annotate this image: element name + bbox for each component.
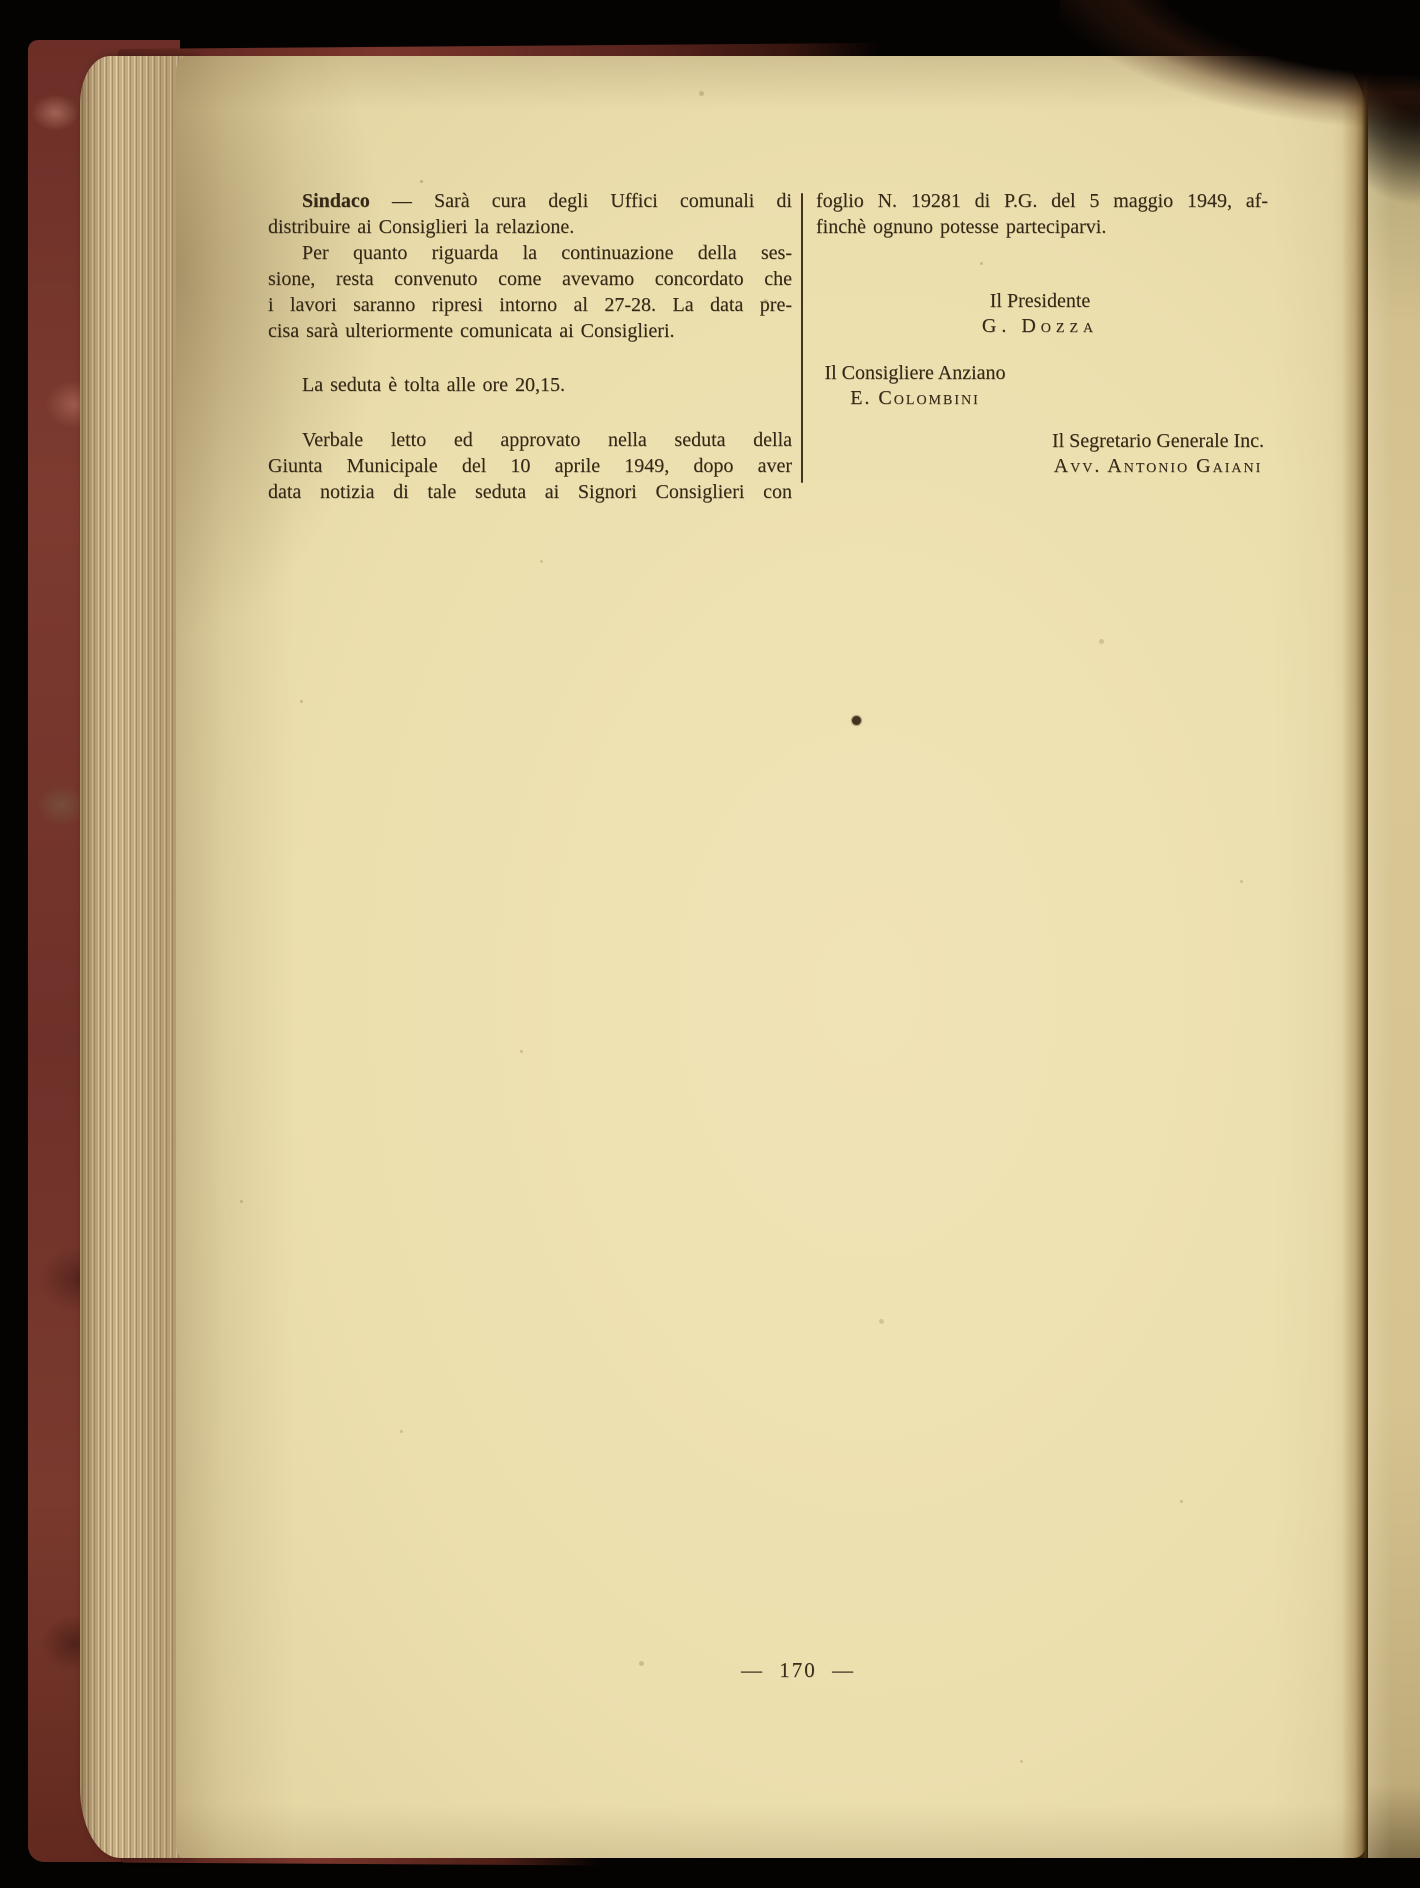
signature-title: Il Consigliere Anziano xyxy=(775,361,1055,386)
text-line: Verbale letto ed approvato nella seduta … xyxy=(268,427,792,453)
signature-president: Il Presidente G. Dozza xyxy=(905,289,1175,339)
printed-text: Sindaco — Sarà cura degli Uffici comunal… xyxy=(0,0,1420,1888)
text-line: i lavori saranno ripresi intorno al 27-2… xyxy=(268,292,792,318)
text-line: La seduta è tolta alle ore 20,15. xyxy=(268,372,792,398)
column-divider-rule xyxy=(801,193,803,483)
text-line: finchè ognuno potesse parteciparvi. xyxy=(816,214,1268,240)
signature-general-secretary: Il Segretario Generale Inc. Avv. Antonio… xyxy=(1018,429,1298,479)
paragraph-lead: Sindaco xyxy=(302,190,370,212)
signature-name: E. Colombini xyxy=(775,386,1055,411)
text-line: Sindaco — Sarà cura degli Uffici comunal… xyxy=(268,188,792,214)
right-column: foglio N. 19281 di P.G. del 5 maggio 194… xyxy=(816,188,1268,240)
signature-name: Avv. Antonio Gaiani xyxy=(1018,454,1298,479)
text-line: Giunta Municipale del 10 aprile 1949, do… xyxy=(268,453,792,479)
signature-title: Il Presidente xyxy=(905,289,1175,314)
signature-title: Il Segretario Generale Inc. xyxy=(1018,429,1298,454)
text-line: Per quanto riguarda la continuazione del… xyxy=(268,240,792,266)
book-scan: Sindaco — Sarà cura degli Uffici comunal… xyxy=(0,0,1420,1888)
ink-spot xyxy=(852,716,861,725)
text-line: foglio N. 19281 di P.G. del 5 maggio 194… xyxy=(816,188,1268,214)
signature-name: G. Dozza xyxy=(905,314,1175,339)
page-number: — 170 — xyxy=(698,1658,898,1683)
text-line: distribuire ai Consiglieri la relazione. xyxy=(268,214,792,240)
left-column: Sindaco — Sarà cura degli Uffici comunal… xyxy=(268,188,792,505)
text-line: cisa sarà ulteriormente comunicata ai Co… xyxy=(268,318,792,344)
signature-senior-counselor: Il Consigliere Anziano E. Colombini xyxy=(775,361,1055,411)
text-line: data notizia di tale seduta ai Signori C… xyxy=(268,479,792,505)
text-line: sione, resta convenuto come avevamo conc… xyxy=(268,266,792,292)
